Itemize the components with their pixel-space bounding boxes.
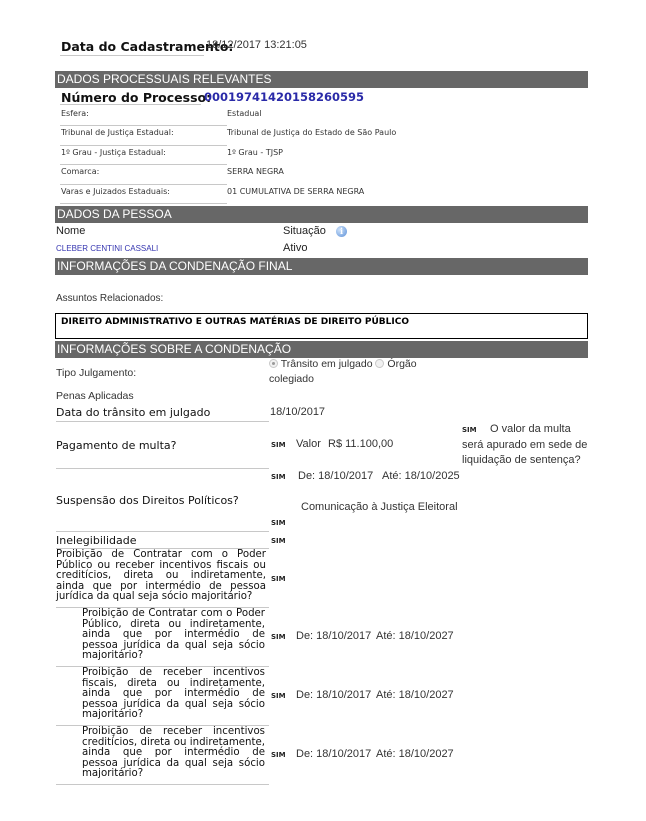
comunicacao-sim: SIM	[271, 519, 286, 527]
multa-sim: SIM	[271, 441, 286, 449]
penas-aplicadas-label: Penas Aplicadas	[56, 390, 134, 402]
section-header-condenacao-final: INFORMAÇÕES DA CONDENAÇÃO FINAL	[55, 258, 588, 275]
col-nome-header: Nome	[56, 225, 85, 237]
col-situacao-header: Situação	[283, 225, 326, 237]
comarca-label: Comarca:	[61, 167, 99, 176]
row-divider	[60, 203, 227, 204]
proibicao-label: Proibição de Contratar com o Poder Públi…	[56, 550, 266, 603]
proibicao-incentivos-fiscais-sim: SIM	[271, 692, 286, 700]
tribunal-label: Tribunal de Justiça Estadual:	[61, 128, 174, 137]
numero-processo-label: Número do Processo:	[61, 90, 211, 105]
section-header-condenacao: INFORMAÇÕES SOBRE A CONDENAÇÃO	[55, 341, 588, 358]
data-transito-value: 18/10/2017	[270, 406, 325, 418]
proibicao-incentivos-fiscais-label: Proibição de receber incentivos fiscais,…	[82, 668, 265, 721]
suspensao-ate: Até: 18/10/2025	[382, 470, 460, 482]
proibicao-incentivos-crediticios-ate: Até: 18/10/2027	[376, 748, 454, 760]
suspensao-sim: SIM	[271, 473, 286, 481]
grau-value: 1º Grau - TJSP	[227, 148, 283, 157]
cadastro-underline	[60, 55, 204, 56]
varas-label: Varas e Juizados Estaduais:	[61, 187, 170, 196]
numero-processo-value: 00019741420158260595	[204, 90, 364, 104]
row-divider	[56, 468, 269, 469]
tribunal-value: Tribunal de Justiça do Estado de São Pau…	[227, 128, 396, 137]
proibicao-contratar-sim: SIM	[271, 633, 286, 641]
pessoa-nome-link[interactable]: CLEBER CENTINI CASSALI	[56, 244, 158, 253]
multa-valor-label: Valor	[296, 438, 321, 450]
assunto-box: DIREITO ADMINISTRATIVO E OUTRAS MATÉRIAS…	[55, 313, 588, 339]
row-divider	[56, 784, 269, 785]
row-divider	[60, 184, 227, 185]
row-divider	[60, 125, 227, 126]
radio-transito-em-julgado[interactable]	[269, 359, 278, 368]
tipo-julgamento-label: Tipo Julgamento:	[56, 367, 136, 379]
assunto-text: DIREITO ADMINISTRATIVO E OUTRAS MATÉRIAS…	[61, 317, 409, 327]
cadastro-value: 18/12/2017 13:21:05	[206, 39, 307, 51]
esfera-label: Esfera:	[61, 109, 89, 118]
inelegibilidade-label: Inelegibilidade	[56, 534, 136, 547]
esfera-value: Estadual	[227, 109, 262, 118]
pagamento-multa-label: Pagamento de multa?	[56, 439, 176, 452]
proibicao-contratar-de: De: 18/10/2017	[296, 630, 371, 642]
proibicao-incentivos-fiscais-de: De: 18/10/2017	[296, 689, 371, 701]
proibicao-contratar-label: Proibição de Contratar com o Poder Públi…	[82, 609, 265, 662]
multa-valor: R$ 11.100,00	[328, 438, 393, 450]
numero-processo-underline	[60, 104, 201, 105]
assuntos-label: Assuntos Relacionados:	[56, 293, 163, 304]
info-icon[interactable]: i	[336, 226, 347, 237]
section-header-dados-pessoa: DADOS DA PESSOA	[55, 206, 588, 223]
comarca-value: SERRA NEGRA	[227, 167, 284, 176]
proibicao-sim: SIM	[271, 575, 286, 583]
data-transito-label: Data do trânsito em julgado	[56, 406, 210, 419]
row-divider	[56, 531, 269, 532]
inelegibilidade-sim: SIM	[271, 537, 286, 545]
row-divider	[60, 145, 227, 146]
suspensao-label: Suspensão dos Direitos Políticos?	[56, 494, 239, 507]
proibicao-incentivos-fiscais-ate: Até: 18/10/2027	[376, 689, 454, 701]
proibicao-contratar-ate: Até: 18/10/2027	[376, 630, 454, 642]
comunicacao-justica-eleitoral-label: Comunicação à Justiça Eleitoral	[301, 501, 458, 513]
proibicao-incentivos-crediticios-label: Proibição de receber incentivos creditíc…	[82, 727, 265, 780]
tipo-julgamento-radio-group: Trânsito em julgado Órgão colegiado	[269, 357, 444, 387]
pessoa-situacao: Ativo	[283, 242, 307, 254]
proibicao-incentivos-crediticios-sim: SIM	[271, 751, 286, 759]
row-divider	[60, 164, 227, 165]
varas-value: 01 CUMULATIVA DE SERRA NEGRA	[227, 187, 364, 196]
suspensao-de: De: 18/10/2017	[298, 470, 373, 482]
grau-label: 1º Grau - Justiça Estadual:	[61, 148, 166, 157]
multa-apurado-label: O valor da multa será apurado em sede de…	[462, 422, 590, 469]
row-divider	[56, 421, 269, 422]
radio-transito-label: Trânsito em julgado	[281, 358, 373, 370]
proibicao-incentivos-crediticios-de: De: 18/10/2017	[296, 748, 371, 760]
section-header-dados-processuais: DADOS PROCESSUAIS RELEVANTES	[55, 71, 588, 88]
radio-orgao-colegiado[interactable]	[375, 359, 384, 368]
